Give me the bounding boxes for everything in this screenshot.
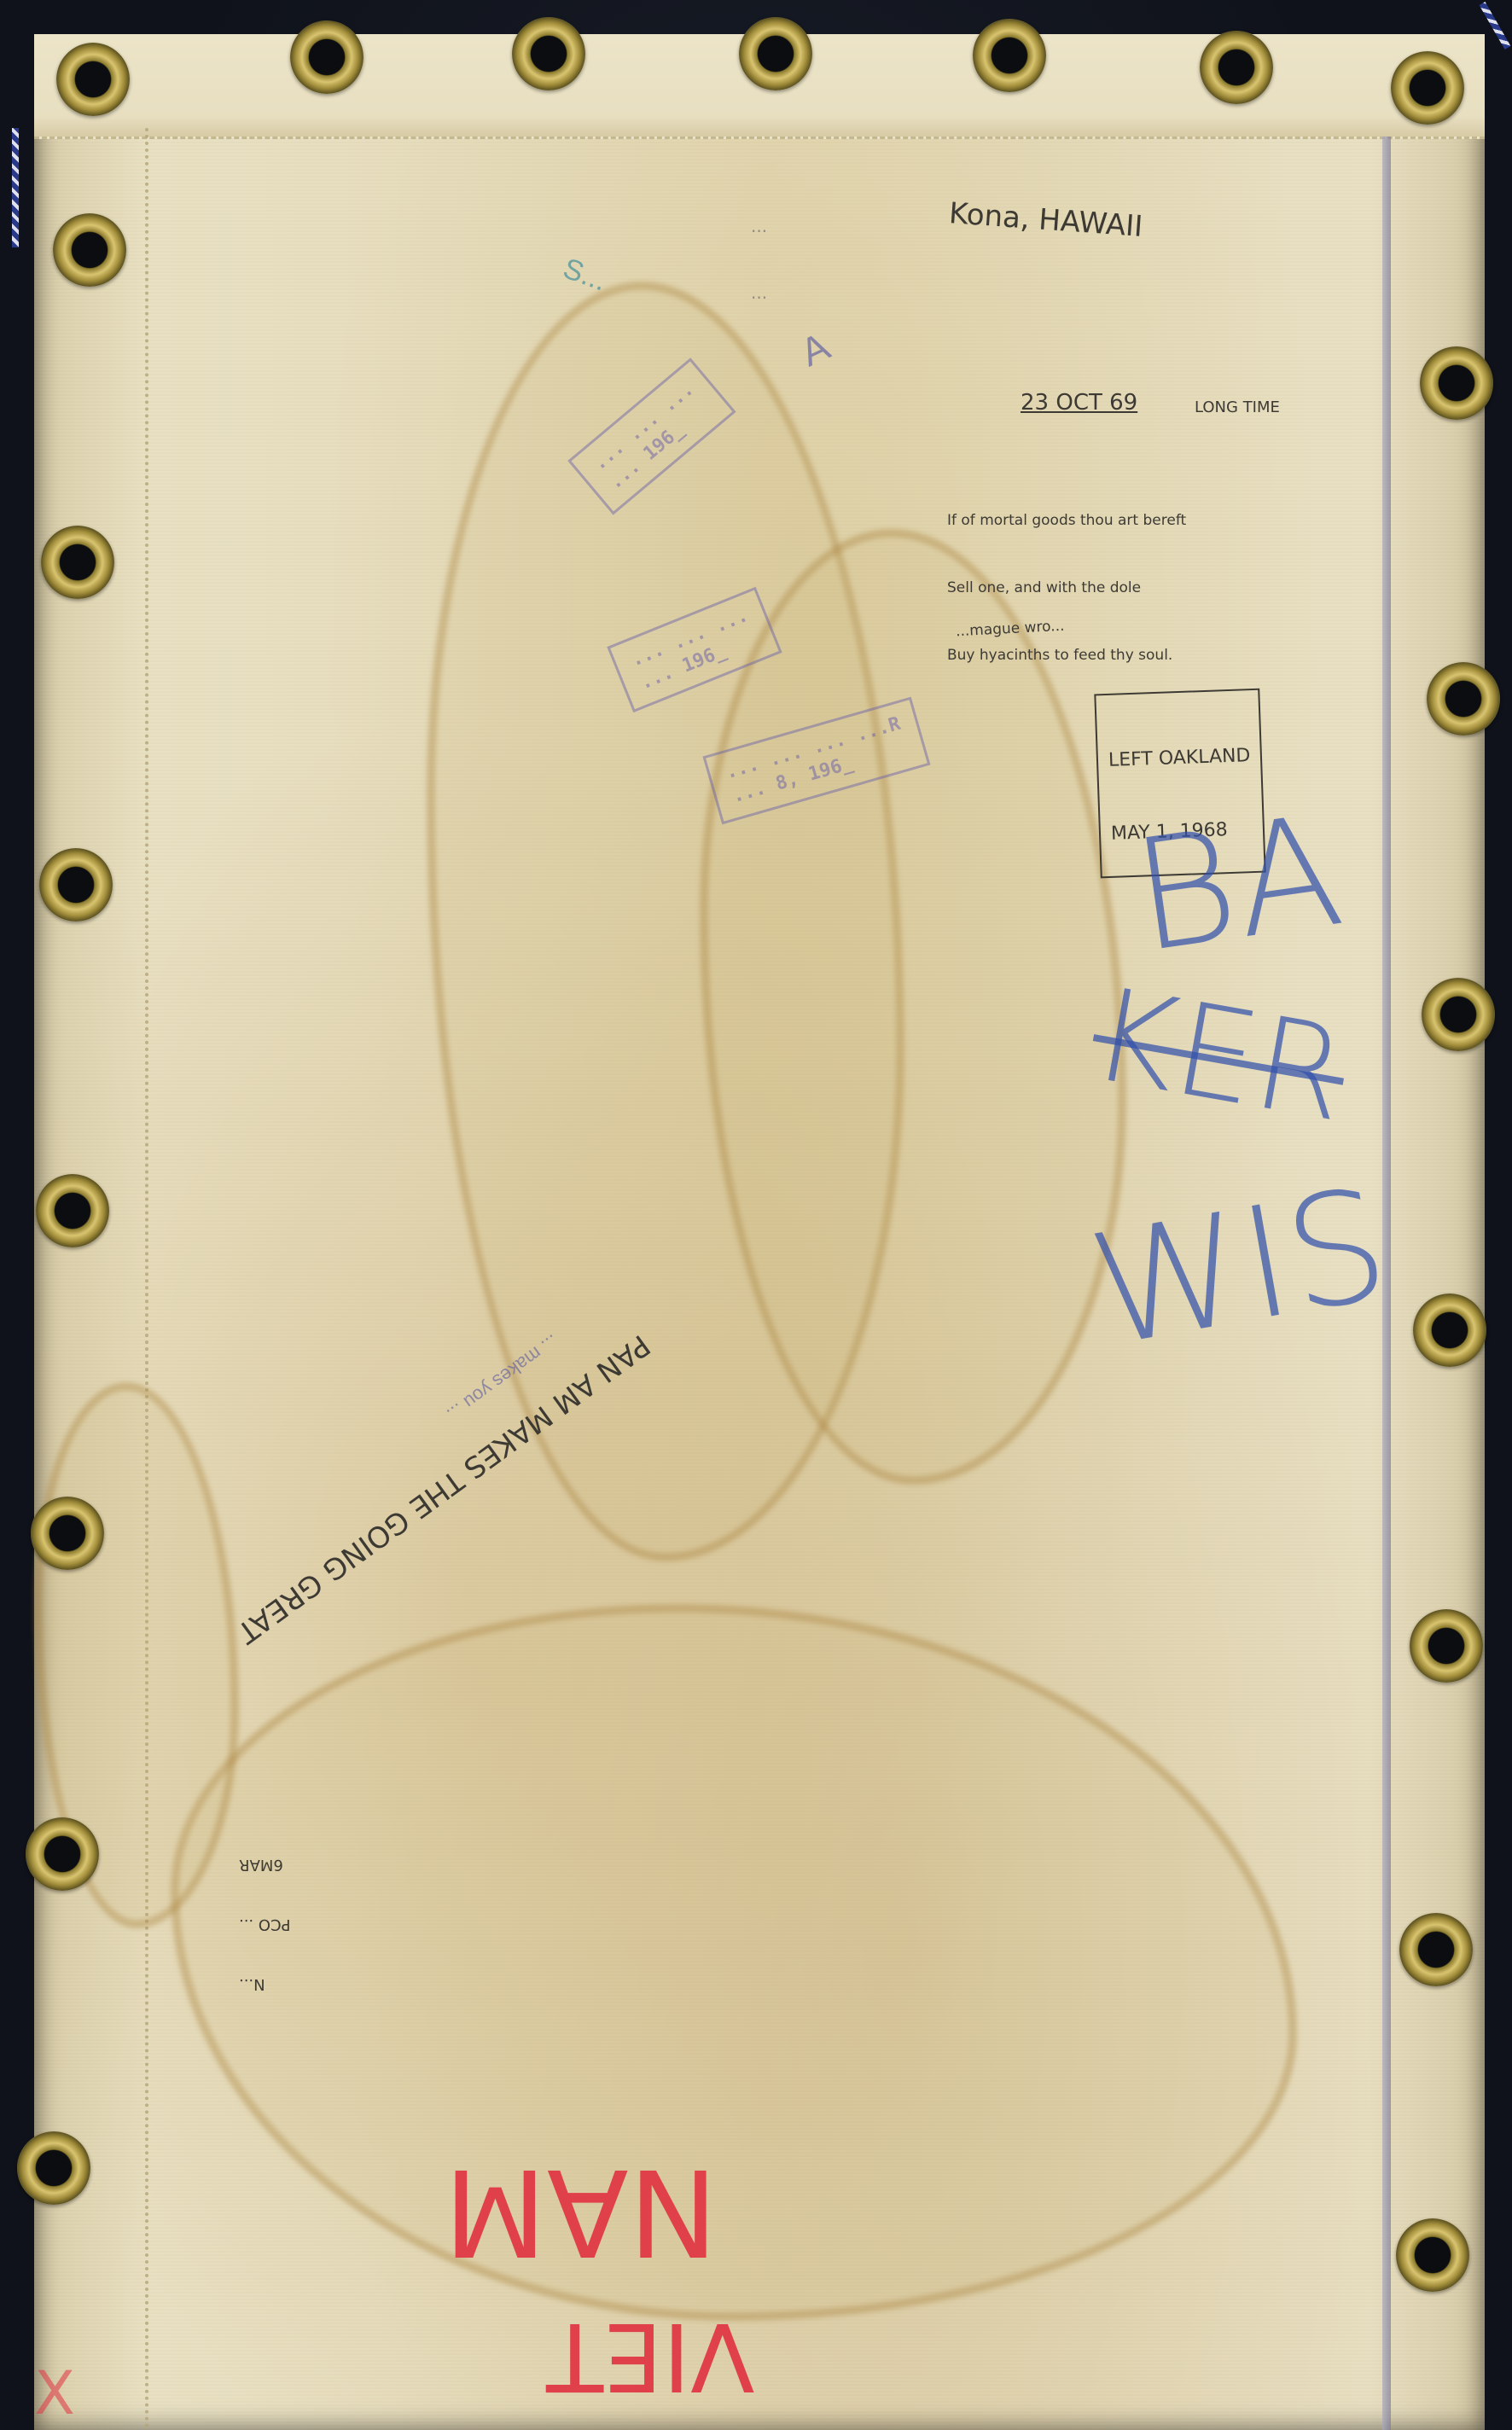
grommet [739,17,812,90]
red-upside-down-text: NAM [444,2133,718,2288]
grommet [26,1817,99,1891]
grommet [1396,2218,1469,2292]
grommet [1427,662,1500,735]
grommet [1410,1609,1483,1683]
poem-line: If of mortal goods thou art bereft [947,509,1186,532]
grommet [1422,978,1495,1051]
grommet [17,2131,90,2205]
red-corner-mark: X [34,2355,75,2430]
grommet [31,1497,104,1570]
date-note: LONG TIME [1195,398,1280,417]
left-hem-stitching [34,128,148,2430]
note-line: PCO ... [239,1915,290,1934]
grommet [1413,1293,1486,1367]
cord [12,128,19,247]
faded-text: ... ... [751,171,767,326]
poem-line: Buy hyacinths to feed thy soul. [947,644,1186,666]
grommet [56,43,130,116]
grommet [973,19,1046,92]
grommet [39,848,113,921]
note-line: 6MAR [239,1854,290,1874]
note-line: N... [239,1974,290,1994]
poem-line: Sell one, and with the dole [947,577,1186,599]
poem: If of mortal goods thou art bereft Sell … [947,464,1186,689]
grommet [1399,1913,1473,1986]
red-upside-down-text: VIET [546,2295,754,2417]
grommet [1420,346,1493,420]
grommet [512,17,585,90]
grommet [1391,51,1464,125]
upside-down-note: N... PCO ... 6MAR [239,1834,290,2034]
grommet [36,1174,109,1247]
departure-line: LEFT OAKLAND [1108,744,1251,773]
grommet [290,20,363,94]
grommet [53,213,126,287]
faded-line: ... [751,215,767,237]
grommet [1200,31,1273,104]
faded-line: ... [751,282,767,304]
grommet [41,526,114,599]
date-text: 23 OCT 69 [1021,389,1137,418]
